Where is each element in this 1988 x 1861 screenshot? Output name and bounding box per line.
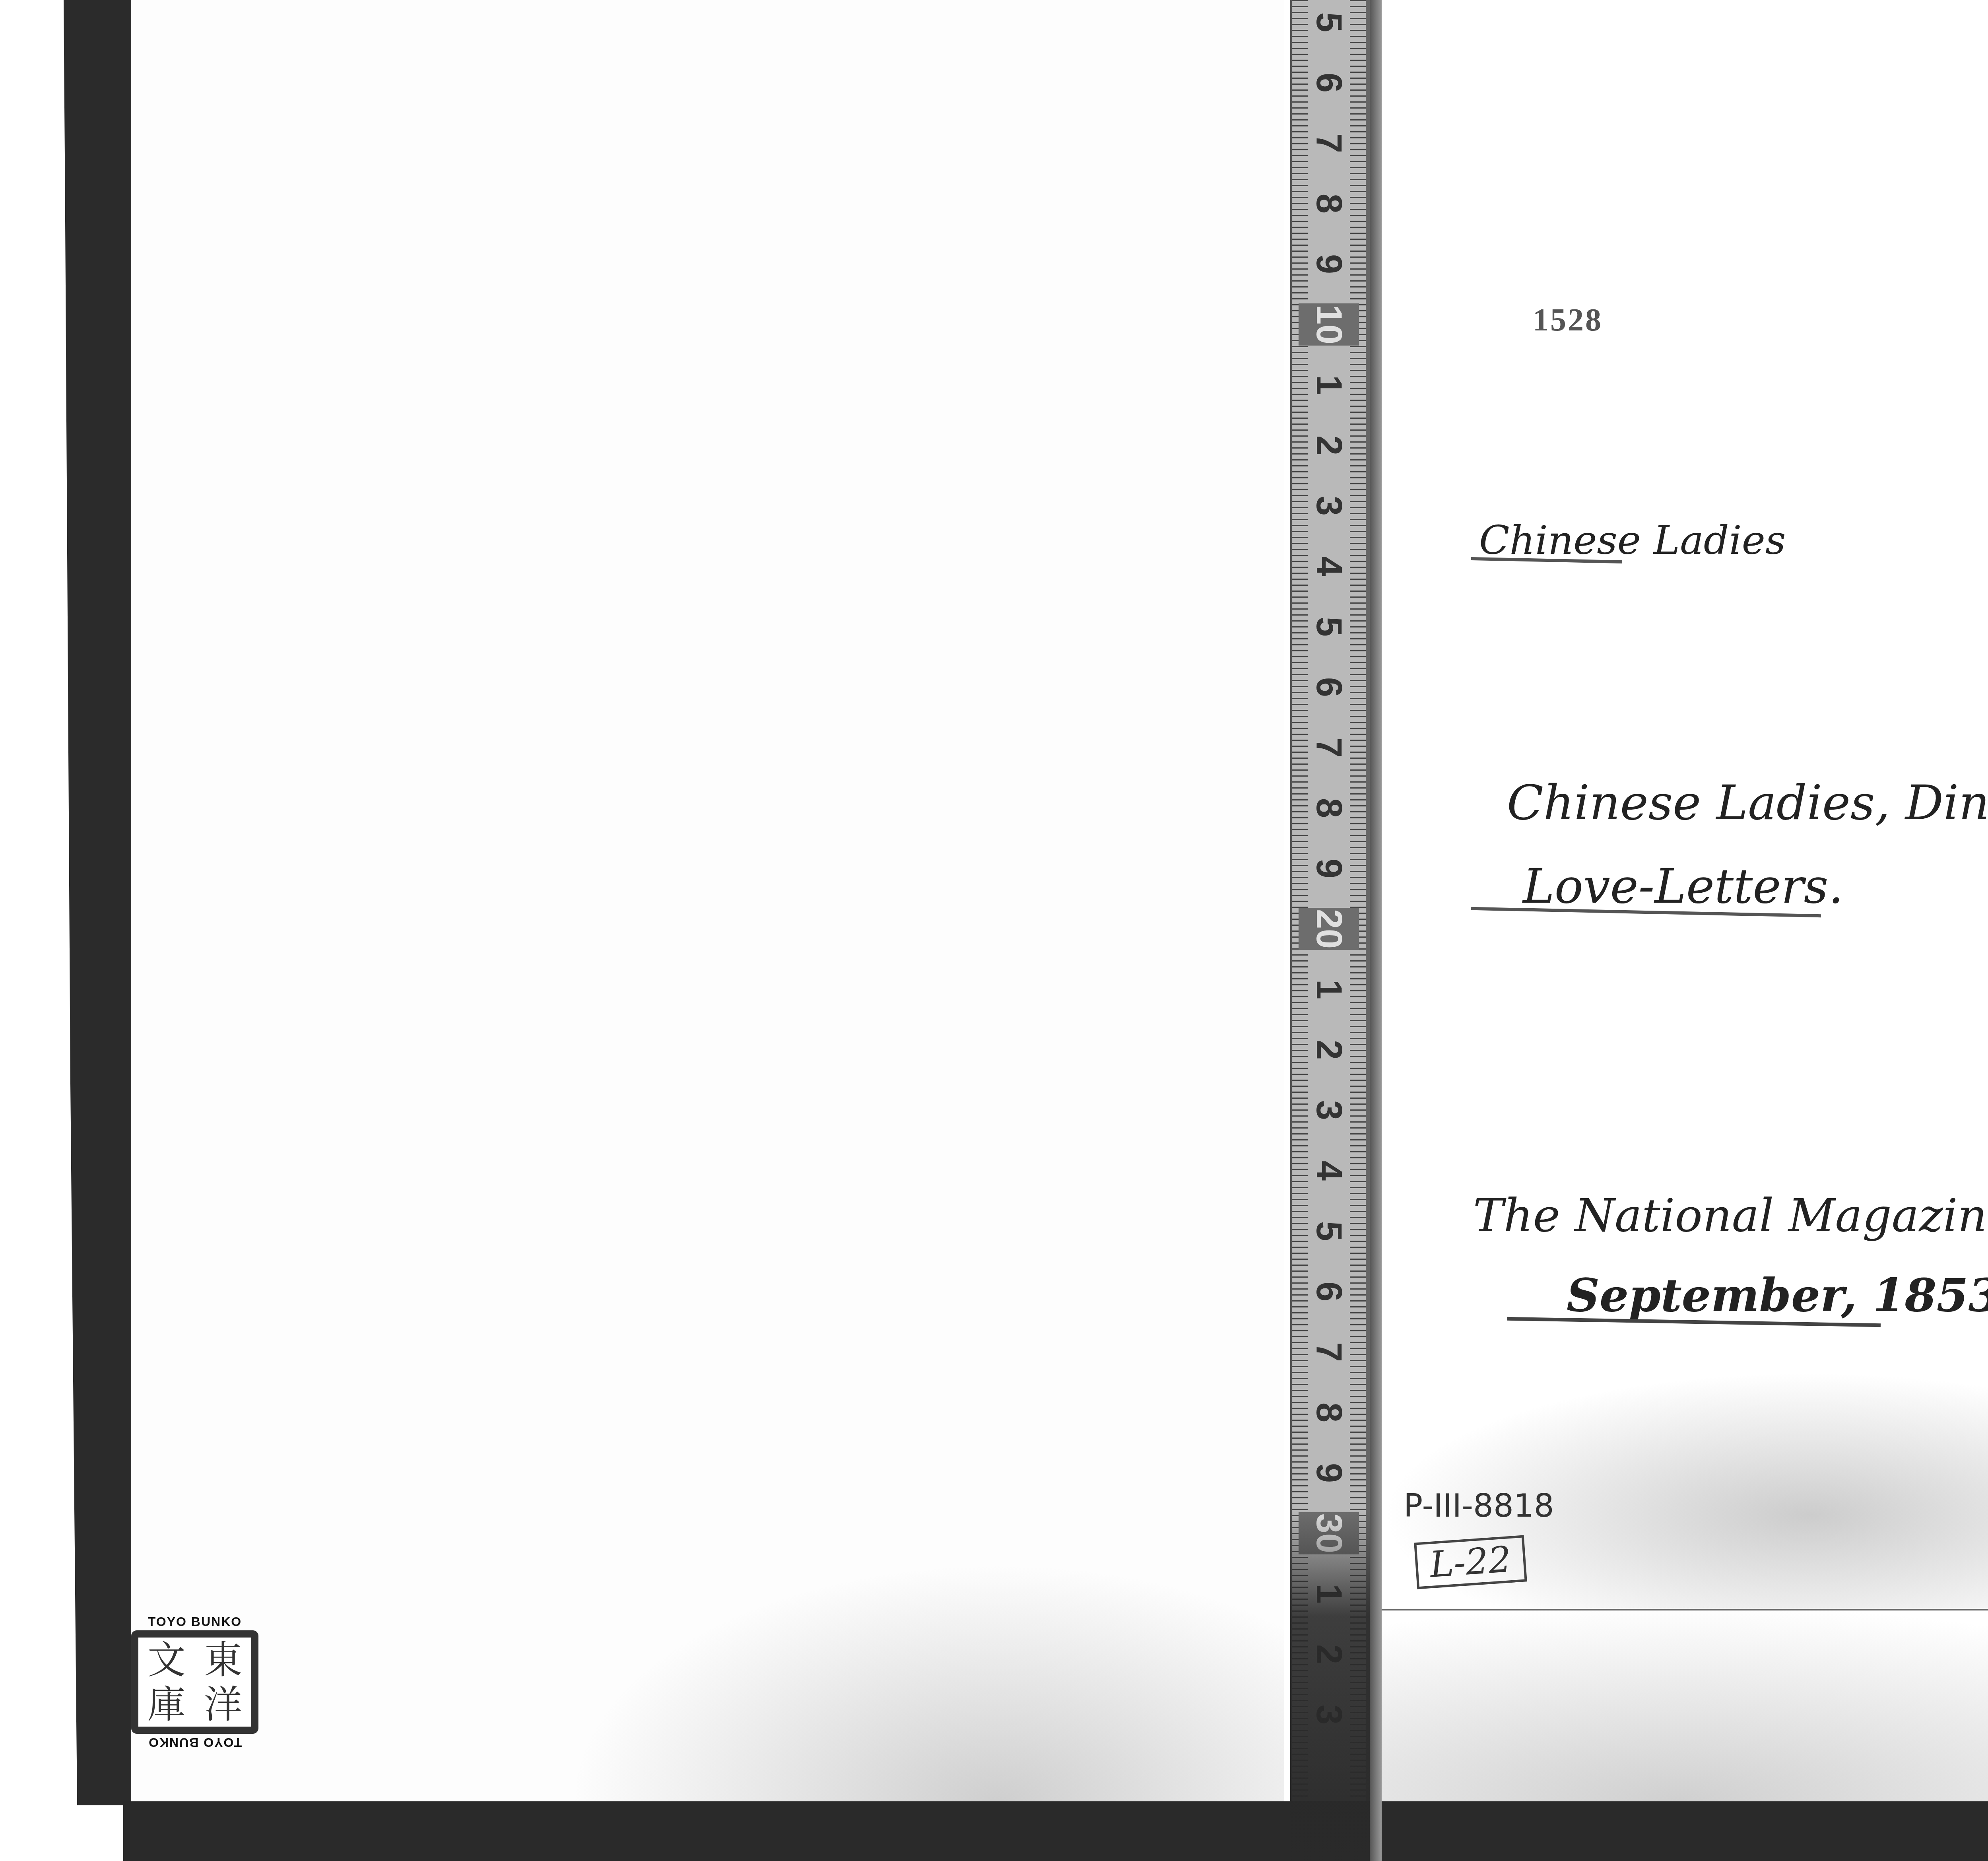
full-title-line2: Love-Letters. (1523, 859, 1844, 914)
ruler-digit: 5 (1299, 1, 1359, 43)
ruler-digit: 3 (1299, 1089, 1359, 1131)
ruler-digit: 2 (1299, 1029, 1359, 1071)
scanner-bed (123, 1801, 1988, 1861)
ruler-digit: 1 (1299, 968, 1359, 1010)
call-number: P-III-8818 (1404, 1487, 1554, 1524)
seal-character: 東 (204, 1641, 242, 1679)
ruler-digit: 9 (1299, 847, 1359, 890)
seal-character: 庫 (148, 1685, 186, 1723)
seal-character: 洋 (204, 1685, 242, 1723)
ruler-digit: 9 (1299, 243, 1359, 285)
seal-box: 文 東 庫 洋 (131, 1630, 258, 1734)
ruler-digit: 20 (1299, 908, 1359, 950)
page-stain (1382, 1603, 1988, 1801)
ruler-digit: 8 (1299, 787, 1359, 829)
ruler-digit: 8 (1299, 1391, 1359, 1434)
ruler-digit: 3 (1299, 485, 1359, 527)
seal-character: 文 (148, 1641, 186, 1679)
ruler-digit: 2 (1299, 424, 1359, 466)
source-date: September, 1853. (1567, 1269, 1988, 1322)
ruler-digit: 9 (1299, 1452, 1359, 1494)
accession-number: 1528 (1533, 302, 1603, 338)
ruler-digit: 4 (1299, 545, 1359, 587)
ruler-digit: 6 (1299, 1270, 1359, 1313)
binding-edge (64, 0, 131, 1805)
source-publication: The National Magazine (1473, 1189, 1988, 1242)
ruler-digit: 7 (1299, 122, 1359, 164)
short-title: Chinese Ladies (1479, 517, 1786, 563)
ruler-digit: 1 (1299, 364, 1359, 406)
ruler-digit: 7 (1299, 727, 1359, 769)
pasted-slip-outline (1382, 254, 1988, 1610)
seal-label: TOYO BUNKO (148, 1614, 242, 1629)
shelf-mark: L-22 (1414, 1535, 1527, 1589)
ruler-digit: 8 (1299, 183, 1359, 225)
ruler-digit: 6 (1299, 666, 1359, 708)
full-title-line1: Chinese Ladies, Dinners, and (1507, 775, 1988, 831)
ruler-shadow (1290, 1511, 1370, 1861)
ruler-digit: 7 (1299, 1331, 1359, 1373)
ruler-digit: 6 (1299, 62, 1359, 104)
toyo-bunko-seal: TOYO BUNKO 文 東 庫 洋 TOYO BUNKO (127, 1614, 262, 1750)
ruler-digit: 5 (1299, 606, 1359, 648)
page-stain (569, 1563, 1284, 1801)
ruler-digit: 10 (1299, 303, 1359, 346)
ruler-edge-shadow (1370, 0, 1382, 1861)
left-page (131, 0, 1284, 1801)
seal-label: TOYO BUNKO (148, 1735, 242, 1750)
ruler-digit: 4 (1299, 1150, 1359, 1192)
ruler-digit: 5 (1299, 1210, 1359, 1252)
